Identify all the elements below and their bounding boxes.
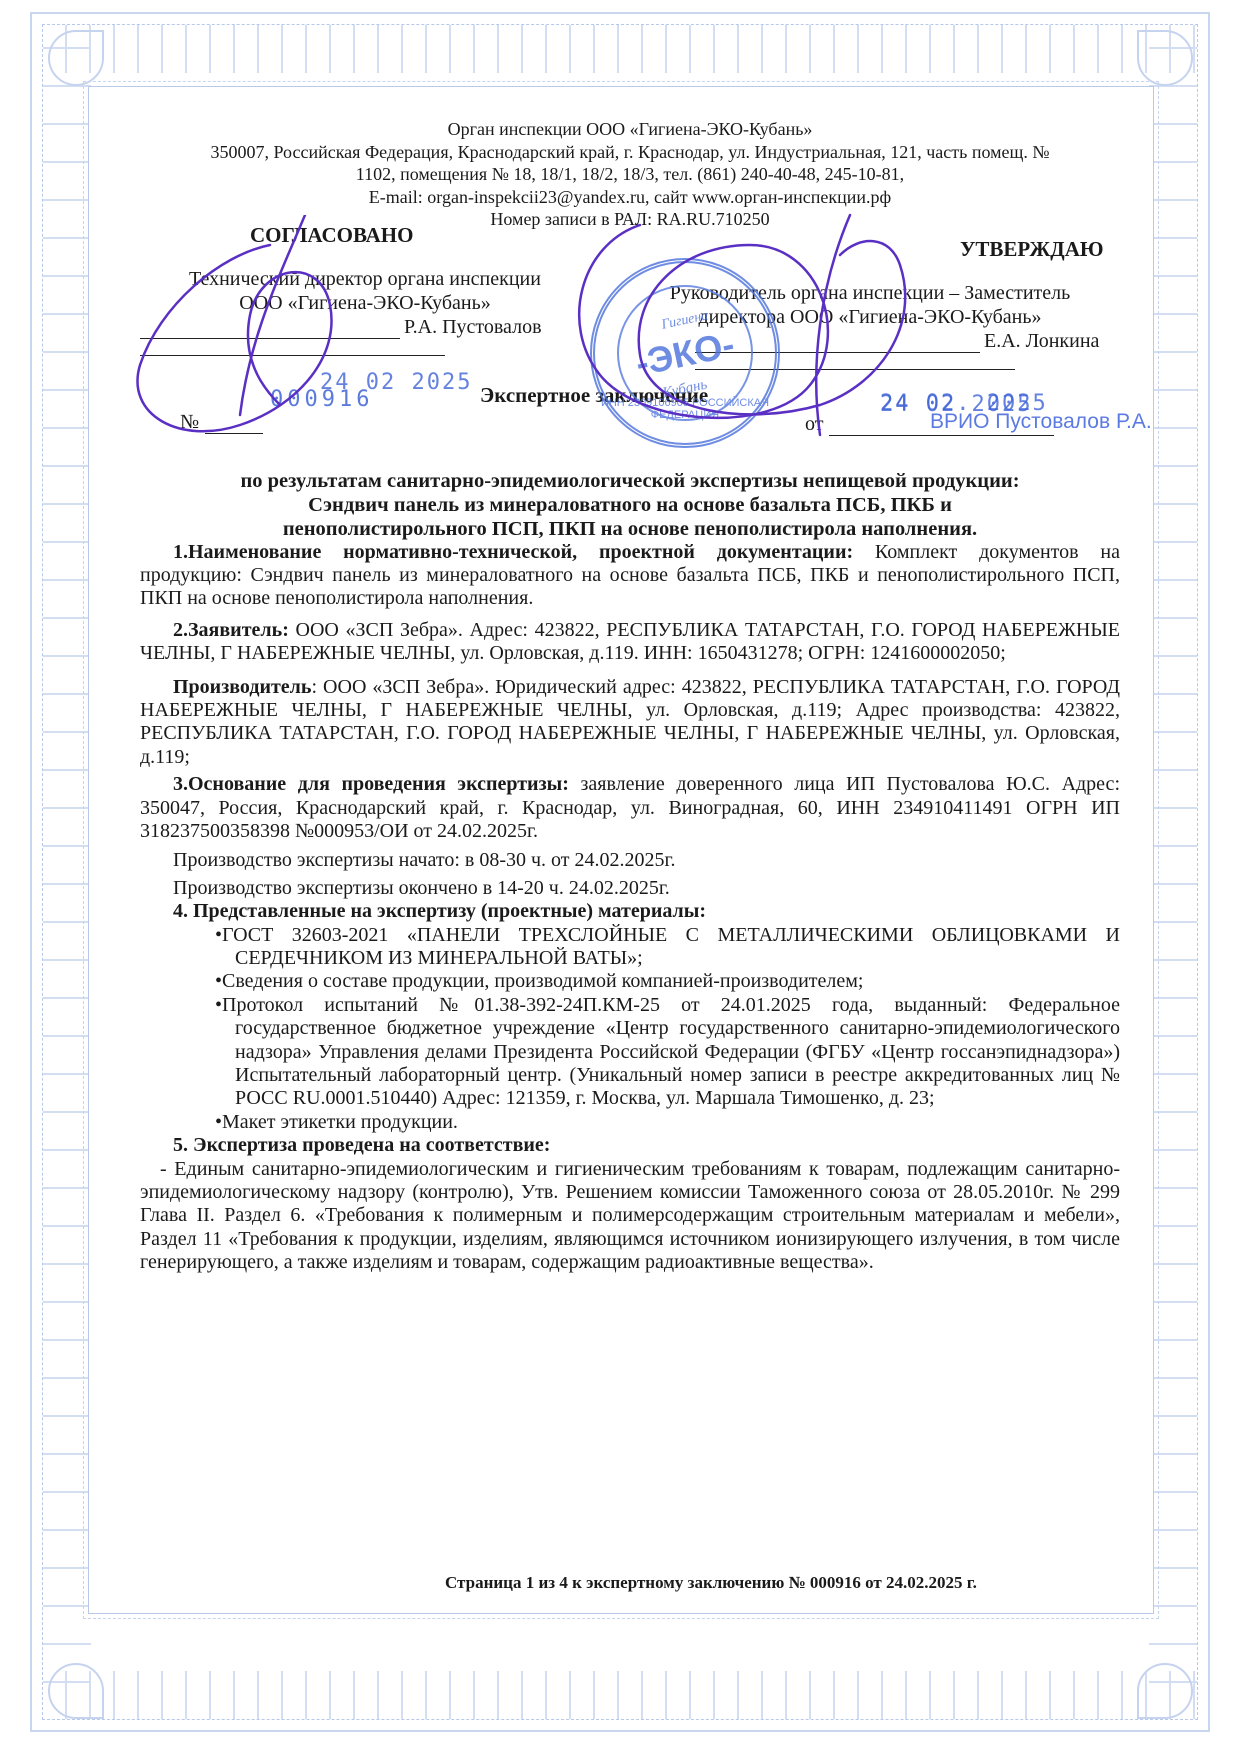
agreed-column: СОГЛАСОВАНО Технический директор органа … <box>140 233 590 356</box>
section-4-heading: 4. Представленные на экспертизу (проектн… <box>140 900 1120 923</box>
document-body: по результатам санитарно-эпидемиологичес… <box>140 469 1120 1275</box>
section-5-heading: 5. Экспертиза проведена на соответствие: <box>140 1134 1120 1157</box>
approve-position-2: директора ООО «Гигиена-ЭКО-Кубань» <box>620 305 1120 329</box>
signature-line <box>695 334 980 353</box>
document-title: Экспертное заключение <box>480 383 708 408</box>
bullet-icon: • <box>215 924 222 946</box>
agreed-position-2: ООО «Гигиена-ЭКО-Кубань» <box>140 291 590 315</box>
corner-ornament-icon <box>1137 1663 1193 1719</box>
exam-finished: Производство экспертизы окончено в 14-20… <box>140 877 1120 900</box>
org-contacts: E-mail: organ-inspekcii23@yandex.ru, сай… <box>140 186 1120 209</box>
material-item: •ГОСТ 32603-2021 «ПАНЕЛИ ТРЕХСЛОЙНЫЕ С М… <box>140 924 1120 971</box>
bullet-icon: • <box>215 970 222 992</box>
letterhead: Орган инспекции ООО «Гигиена-ЭКО-Кубань»… <box>140 118 1120 231</box>
bullet-icon: • <box>215 994 222 1016</box>
section-3-basis: 3.Основание для проведения экспертизы: з… <box>140 773 1120 843</box>
approve-signer: Е.А. Лонкина <box>984 330 1099 352</box>
corner-ornament-icon <box>1137 30 1193 86</box>
material-item: •Протокол испытаний №01.38-392-24П.КМ-25… <box>140 994 1120 1111</box>
bullet-icon: • <box>215 1111 222 1133</box>
approve-title: УТВЕРЖДАЮ <box>620 237 1120 261</box>
number-field: № <box>180 411 263 434</box>
section-1: 1.Наименование нормативно-технической, п… <box>140 541 1120 611</box>
subject: по результатам санитарно-эпидемиологичес… <box>140 469 1120 541</box>
signature-line <box>140 320 400 339</box>
agreed-position-1: Технический директор органа инспекции <box>140 267 590 291</box>
approve-position-1: Руководитель органа инспекции – Заместит… <box>620 281 1120 305</box>
date-line <box>695 353 1015 370</box>
acting-director-stamp: ВРИО Пустовалов Р.А. <box>930 410 1152 434</box>
exam-started: Производство экспертизы начато: в 08-30 … <box>140 849 1120 872</box>
org-address-line-2: 1102, помещения № 18, 18/1, 18/2, 18/3, … <box>140 163 1120 186</box>
section-2-applicant: 2.Заявитель: ООО «ЗСП Зебра». Адрес: 423… <box>140 619 1120 666</box>
org-address-line-1: 350007, Российская Федерация, Краснодарс… <box>140 141 1120 164</box>
page-footer: Страница 1 из 4 к экспертному заключению… <box>445 1573 977 1593</box>
org-name: Орган инспекции ООО «Гигиена-ЭКО-Кубань» <box>140 118 1120 141</box>
approve-column: УТВЕРЖДАЮ Руководитель органа инспекции … <box>620 233 1120 370</box>
material-item: •Сведения о составе продукции, производи… <box>140 970 1120 993</box>
date-line <box>140 339 445 356</box>
agreed-title: СОГЛАСОВАНО <box>140 223 590 247</box>
manufacturer: Производитель: ООО «ЗСП Зебра». Юридичес… <box>140 676 1120 770</box>
corner-ornament-icon <box>48 1663 104 1719</box>
section-5-text: - Единым санитарно-эпидемиологическим и … <box>140 1158 1120 1275</box>
material-item: •Макет этикетки продукции. <box>140 1111 1120 1134</box>
agreed-signer: Р.А. Пустовалов <box>404 316 542 338</box>
approval-block: СОГЛАСОВАНО Технический директор органа … <box>140 233 1120 383</box>
document-page: Орган инспекции ООО «Гигиена-ЭКО-Кубань»… <box>140 118 1120 1275</box>
agreed-date-stamp: 24 02 2025 <box>320 370 472 395</box>
corner-ornament-icon <box>48 30 104 86</box>
